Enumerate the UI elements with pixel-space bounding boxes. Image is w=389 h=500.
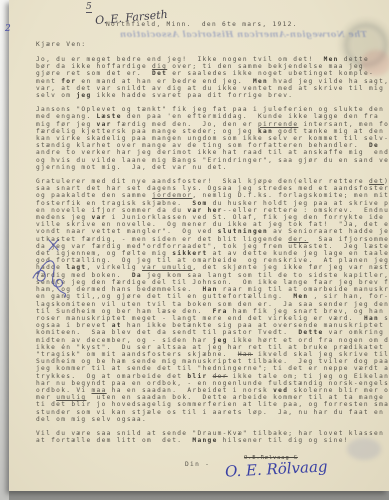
typed-line: utkastet færdig, - men siden er det blit… [36, 236, 389, 243]
typed-line: ogsaa i brevet at han ikke betænkte sig … [36, 322, 389, 329]
typed-line: til Sundheim og ber ham læse den. Fra ha… [36, 308, 389, 315]
typed-line: mig før jeg var færdig med den. Jo, den … [36, 121, 389, 128]
typed-line: saa snart det har set dagens lys. Ogsaa … [36, 185, 389, 192]
pencil-number-annotation: 5 [86, 2, 92, 13]
typed-line: Jo, du er meget bedre end jeg! Ikke noge… [36, 56, 389, 63]
typed-line: komiteen. Saa blev det da sendt til past… [36, 329, 389, 336]
typed-line: midten av december, og - siden har jeg i… [36, 337, 389, 344]
typed-line: lagskomiteen vil uten tvil ta boken som … [36, 301, 389, 308]
typed-line: selv om jeg ikke hadde svaret paa dit fo… [36, 92, 389, 99]
typed-line: det igjennem, og følte mig sikkert at av… [36, 250, 389, 257]
typed-line: god fortælling. Og jeg til at omarbeide … [36, 257, 389, 264]
closing-line: Din - [185, 461, 210, 468]
handwritten-signature: O. E. Rölvaag [225, 457, 328, 480]
typed-line: Sundheim og be ham sende mig manuskripte… [36, 358, 389, 365]
margin-ink-scribble-icon [27, 234, 71, 304]
typed-line: og hvis du vilde laane mig Bangs "Erindr… [36, 157, 389, 164]
typed-line: sendte jeg den færdige del til Johnson. … [36, 279, 389, 286]
typed-line: andre to verker har jeg derimot ikke hat… [36, 149, 389, 156]
typed-line: ham, og dermed hans bedømmelse. Han raar… [36, 286, 389, 293]
dateline: Northfield, Minn. den 6te mars, 1912. [106, 21, 298, 28]
scanned-letter-page: The Norwegian-American Historical Associ… [0, 0, 389, 500]
typed-line: færdelig kjettersk paa mange steder; og … [36, 128, 389, 135]
paragraph: Jansons "Oplevet og tænkt" fik jeg fat p… [36, 106, 389, 171]
salutation: Kjære Ven: [36, 41, 86, 48]
typed-line: har nu begyndt paa en ordbok, - en nogen… [36, 380, 389, 387]
typed-line: ment for en mand at han er bedre end jeg… [36, 78, 389, 85]
typed-line: roser manuskriptet meget - langt mere en… [36, 315, 389, 322]
typed-line: med engang. Læste den paa 'en eftermidda… [36, 113, 389, 120]
typed-line: ti det blir jo hovedsagelig sommerferien… [36, 401, 389, 408]
scan-background [0, 0, 9, 500]
paragraph: Jo, du er meget bedre end jeg! Ikke noge… [36, 56, 389, 99]
typed-line: mer umulig uten en saadan bok. Dette arb… [36, 394, 389, 401]
typed-line: Jansons "Oplevet og tænkt" fik jeg fat p… [36, 106, 389, 113]
typed-line: ordbok. Vi maa ha en saadan. Arbeidet i … [36, 387, 389, 394]
typed-line: fosterfik en tragisk skjæbne. Som du hus… [36, 200, 389, 207]
typed-line: Gratulerer med dit nye aandsfoster! Skal… [36, 178, 389, 185]
typed-line: var, at det var snildt av dig at du ikke… [36, 85, 389, 92]
typed-line: trykkes. Og at omarbeide det blir der ik… [36, 373, 389, 380]
typed-line: en gang til,,og gjøre det til en guttefo… [36, 293, 389, 300]
typed-line: en novelle ifjor sommer da du var her--e… [36, 207, 389, 214]
typed-line: gjøre ret som det er. Det er saaledes ik… [36, 70, 389, 77]
paragraph: Vil du være saa snild at sende "Draum-Kv… [36, 430, 389, 444]
letterhead-bleedthrough-text: The Norwegian-American Historical Associ… [105, 30, 367, 40]
typed-line: stunder som vi kan stjæle os til i aaret… [36, 409, 389, 416]
typed-line: gjerning mot mig. Ja, det var nu det. [36, 164, 389, 171]
typed-line: at fortælle dem litt om det. Mange hilse… [36, 437, 389, 444]
typed-line: bør da ikke hoffardige dig over; ti den … [36, 63, 389, 70]
typed-line: og paakaldte den samme jordemor, nemlig … [36, 192, 389, 199]
typed-line: stændig klarhet over mange av de ting so… [36, 142, 389, 149]
typed-line: ikke én "kyst". Du ser altsaa at jeg har… [36, 344, 389, 351]
typed-line: del om mig selv ogsaa. [36, 416, 389, 423]
letter-paper: The Norwegian-American Historical Associ… [9, 0, 389, 491]
corner-page-number: 2 [5, 24, 11, 34]
typed-line: færdig med boken. Da jeg kom saa langt s… [36, 272, 389, 279]
typed-line: da jeg var færdig med"ordforraadet", tok… [36, 243, 389, 250]
typed-line: kan virke skadelig paa mangen ungdom som… [36, 135, 389, 142]
typed-line: medens jeg var i Juniorklassen ved St. O… [36, 214, 389, 221]
typed-line: "tragisk" om mit aandsfosters skjæbne. H… [36, 351, 389, 358]
paragraph: Gratulerer med dit nye aandsfoster! Skal… [36, 178, 389, 423]
typed-line: vondt naar vettet mangler". Og ved slutn… [36, 228, 389, 235]
typed-line: hadde lagt, virkelig var umulig, det skj… [36, 264, 389, 271]
letter-body: Jo, du er meget bedre end jeg! Ikke noge… [36, 56, 389, 451]
typed-line: jeg kommer til at sende det til "hedning… [36, 365, 389, 372]
typed-line: Vil du være saa snild at sende "Draum-Kv… [36, 430, 389, 437]
